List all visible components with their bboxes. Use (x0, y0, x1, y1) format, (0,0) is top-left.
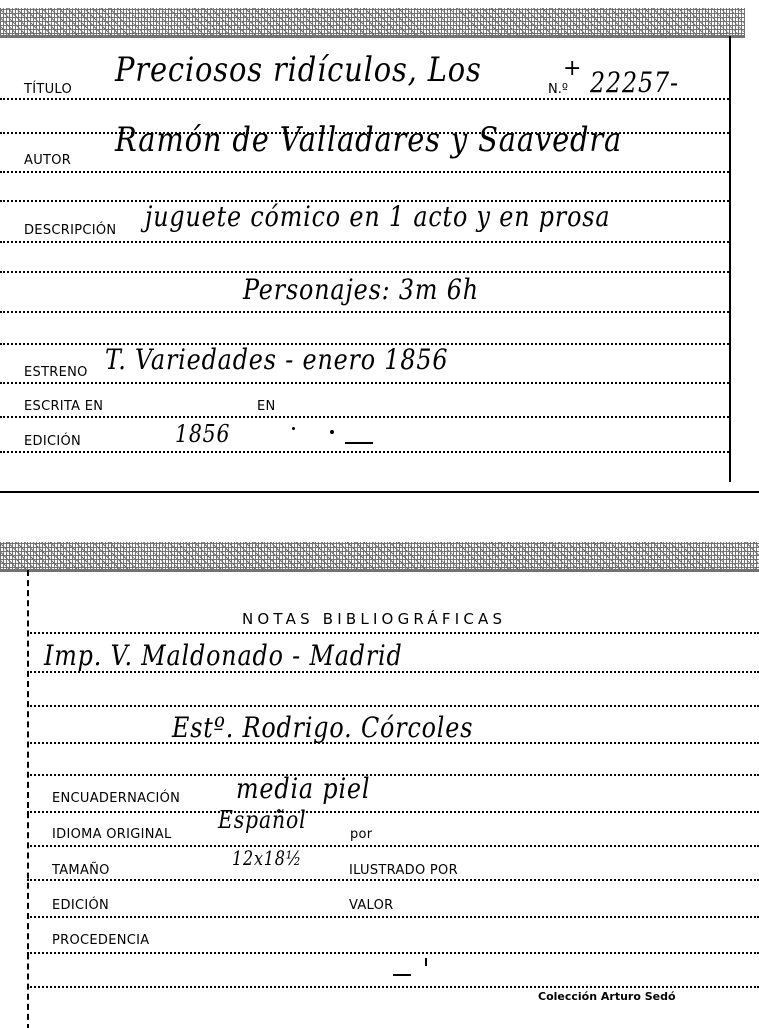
ruled-line (0, 416, 729, 418)
note-estampa: Estº. Rodrigo. Córcoles (172, 711, 473, 744)
label-titulo: TÍTULO (24, 82, 72, 97)
ruled-line (0, 311, 729, 313)
catalog-card-front: TÍTULO Preciosos ridículos, Los + N.º 22… (0, 0, 759, 495)
label-edicion-back: EDICIÓN (52, 898, 109, 913)
value-descripcion: juguete cómico en 1 acto y en prosa (145, 200, 610, 233)
section-title-notas: NOTAS BIBLIOGRÁFICAS (242, 610, 506, 628)
ruled-line (27, 774, 759, 776)
ruled-line (27, 879, 759, 881)
scan-speck (292, 427, 295, 430)
value-autor: Ramón de Valladares y Saavedra (115, 120, 622, 160)
label-valor: VALOR (349, 898, 394, 913)
scan-speck (330, 430, 334, 434)
label-en: EN (257, 399, 276, 414)
label-encuadernacion: ENCUADERNACIÓN (52, 791, 180, 806)
value-encuadernacion: media piel (236, 772, 370, 805)
value-estreno: T. Variedades - enero 1856 (105, 343, 448, 376)
value-edicion: 1856 (175, 420, 230, 448)
label-estreno: ESTRENO (24, 365, 88, 380)
ruled-line (27, 916, 759, 918)
ruled-line (0, 451, 729, 453)
ruled-line (27, 811, 759, 813)
value-tamano: 12x18½ (232, 846, 302, 870)
value-idioma-original: Español (218, 806, 306, 834)
scan-edge-noise (0, 542, 759, 572)
scan-speck (345, 442, 373, 444)
value-titulo: Preciosos ridículos, Los (115, 50, 482, 90)
label-tamano: TAMAÑO (52, 863, 110, 878)
label-ilustrado-por: ILUSTRADO POR (349, 863, 458, 878)
ruled-line (0, 241, 729, 243)
card-border-right (729, 36, 731, 482)
scan-edge-noise (0, 8, 745, 38)
label-procedencia: PROCEDENCIA (52, 933, 149, 948)
ruled-line (0, 382, 729, 384)
label-autor: AUTOR (24, 153, 71, 168)
catalog-card-back: NOTAS BIBLIOGRÁFICAS Imp. V. Maldonado -… (0, 540, 759, 1028)
label-escrita-en: ESCRITA EN (24, 399, 103, 414)
value-numero: 22257- (590, 66, 679, 99)
ruled-line (27, 986, 759, 988)
ruled-line (27, 705, 759, 707)
card-border-left (27, 570, 29, 1028)
label-descripcion: DESCRIPCIÓN (24, 223, 116, 238)
collection-credit: Colección Arturo Sedó (538, 990, 676, 1003)
ruled-line (0, 171, 729, 173)
note-imprenta: Imp. V. Maldonado - Madrid (44, 639, 403, 672)
label-por: por (350, 827, 372, 842)
ruled-line (27, 632, 759, 634)
scan-speck (425, 958, 427, 966)
value-personajes: Personajes: 3m 6h (243, 273, 479, 306)
number-mark: + (563, 56, 581, 81)
label-numero: N.º (548, 82, 568, 97)
label-idioma-original: IDIOMA ORIGINAL (52, 827, 172, 842)
ruled-line (27, 952, 759, 954)
ruled-line (27, 845, 759, 847)
scan-speck (393, 974, 411, 976)
label-edicion: EDICIÓN (24, 434, 81, 449)
card-separator (0, 491, 759, 493)
